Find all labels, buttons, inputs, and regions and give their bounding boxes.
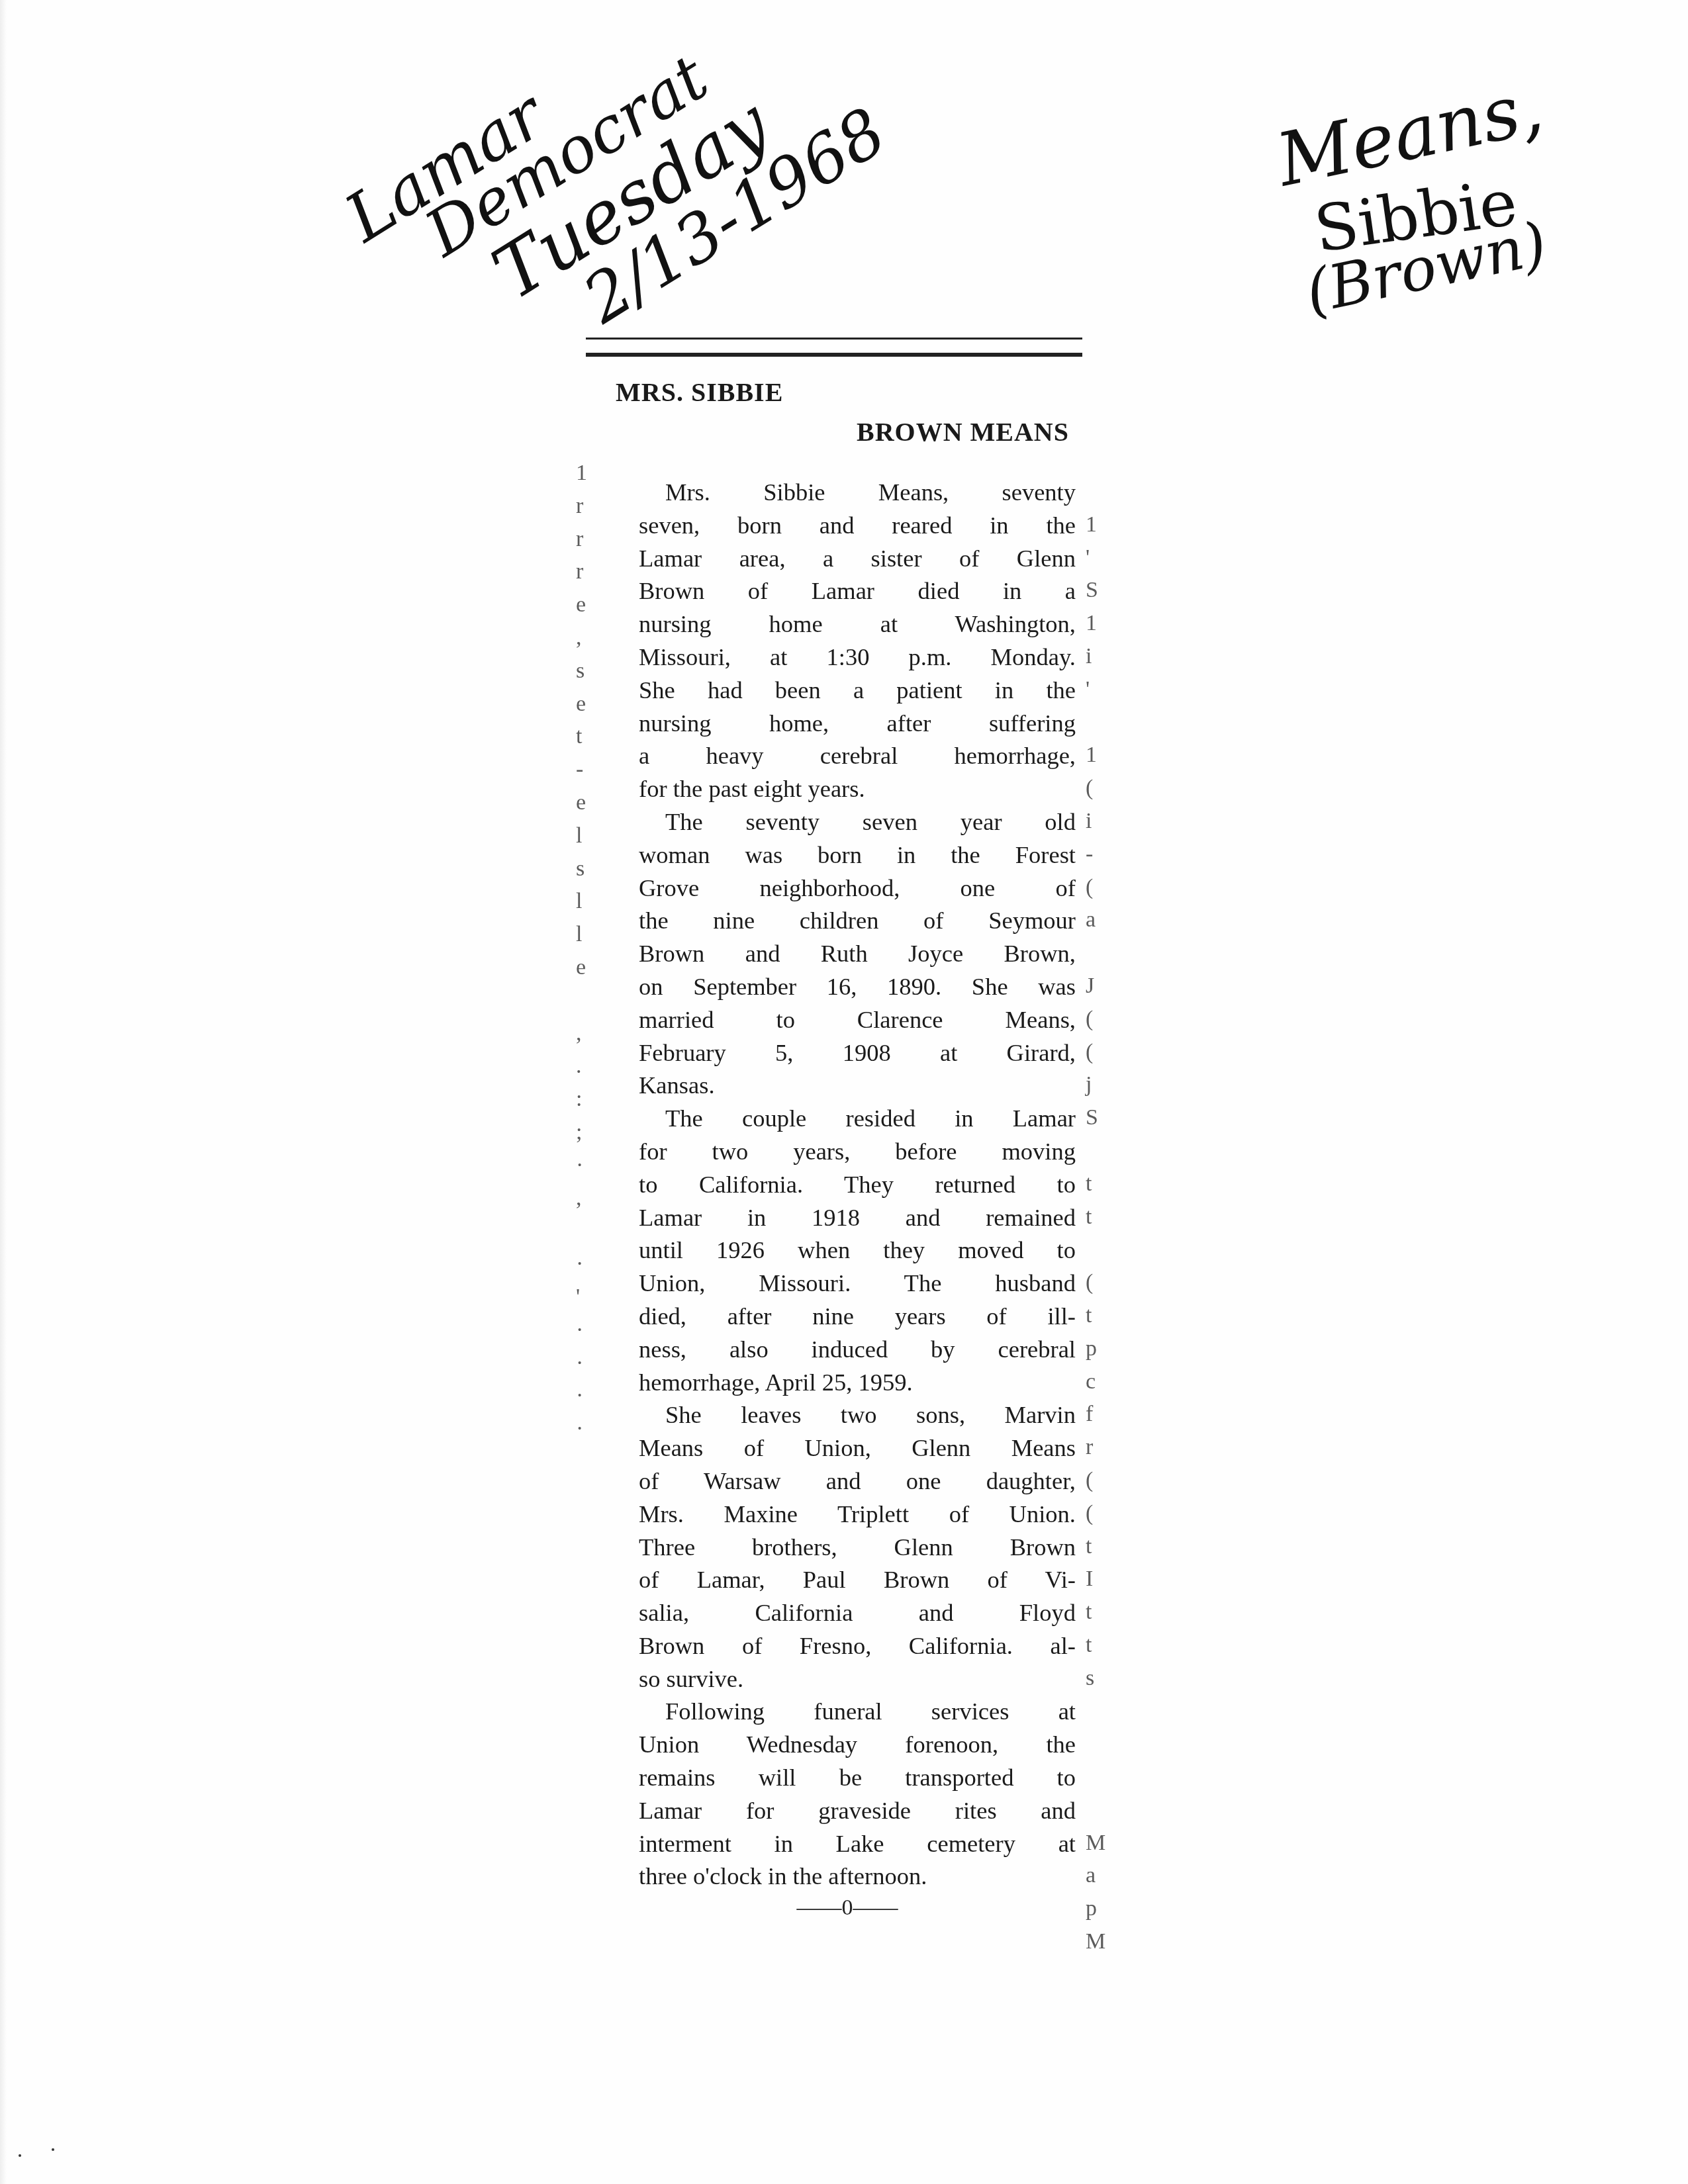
scanned-page: Lamar Democrat Tuesday 2/13-1968 Means, … [0, 0, 1688, 2184]
obituary-body: Mrs. Sibbie Means, seventyseven, born an… [586, 476, 1082, 1893]
column-fragment-char: f [1086, 1398, 1105, 1431]
column-fragment-char: t [1086, 1530, 1105, 1563]
column-fragment-char: ( [1086, 1266, 1105, 1299]
article-paragraph: Mrs. Sibbie Means, seventyseven, born an… [612, 476, 1076, 805]
column-fragment-char: i [1086, 640, 1105, 673]
column-fragment-char: ( [1086, 1464, 1105, 1497]
article-line: on September 16, 1890. She was [612, 970, 1076, 1003]
column-fragment-char: ( [1086, 1497, 1105, 1530]
article-line: ness, also induced by cerebral [612, 1333, 1076, 1366]
column-fragment-char [1086, 1233, 1105, 1266]
column-fragment-char: S [1086, 1101, 1105, 1134]
article-line: Following funeral services at [612, 1695, 1076, 1728]
column-fragment-char: I [1086, 1563, 1105, 1596]
column-top-rule [586, 338, 1082, 357]
scan-speck [19, 2154, 21, 2157]
column-fragment-char [1086, 936, 1105, 970]
article-line: She had been a patient in the [612, 674, 1076, 707]
article-line: nursing home, after suffering [612, 707, 1076, 740]
column-fragment-char: s [1086, 1662, 1105, 1695]
article-line: Brown of Fresno, California. al- [612, 1629, 1076, 1662]
article-line: Grove neighborhood, one of [612, 872, 1076, 905]
article-line: of Lamar, Paul Brown of Vi- [612, 1563, 1076, 1596]
article-line: Means of Union, Glenn Means [612, 1432, 1076, 1465]
article-paragraph: Following funeral services atUnion Wedne… [612, 1695, 1076, 1893]
article-line: died, after nine years of ill- [612, 1300, 1076, 1333]
article-line: Brown and Ruth Joyce Brown, [612, 937, 1076, 970]
article-line: for the past eight years. [612, 772, 1076, 805]
column-fragment-char: a [1086, 1859, 1105, 1892]
article-line: married to Clarence Means, [612, 1003, 1076, 1036]
column-fragment-char: j [1086, 1068, 1105, 1101]
column-fragment-char: ( [1086, 1036, 1105, 1069]
column-fragment-char [1086, 1727, 1105, 1760]
headline-line-1: MRS. SIBBIE [586, 377, 1082, 408]
article-line: the nine children of Seymour [612, 904, 1076, 937]
article-line: remains will be transported to [612, 1761, 1076, 1794]
column-fragment-char: a [1086, 903, 1105, 936]
column-fragment-char [1086, 1760, 1105, 1794]
column-fragment-char: i [1086, 805, 1105, 838]
article-line: Lamar for graveside rites and [612, 1794, 1076, 1827]
article-line: until 1926 when they moved to [612, 1234, 1076, 1267]
column-fragment-char: p [1086, 1332, 1105, 1365]
column-fragment-char [1086, 475, 1105, 508]
article-line: to California. They returned to [612, 1168, 1076, 1201]
column-fragment-char: - [1086, 838, 1105, 871]
column-fragment-char [1086, 706, 1105, 739]
article-line: Missouri, at 1:30 p.m. Monday. [612, 641, 1076, 674]
article-line: of Warsaw and one daughter, [612, 1465, 1076, 1498]
article-line: nursing home at Washington, [612, 608, 1076, 641]
column-fragment-char: M [1086, 1925, 1105, 1958]
article-line: woman was born in the Forest [612, 839, 1076, 872]
article-line: She leaves two sons, Marvin [612, 1398, 1076, 1432]
article-line: hemorrhage, April 25, 1959. [612, 1366, 1076, 1399]
column-fragment-char: t [1086, 1629, 1105, 1662]
article-paragraph: The seventy seven year oldwoman was born… [612, 805, 1076, 1102]
column-fragment-char: ' [1086, 673, 1105, 706]
article-line: Lamar in 1918 and remained [612, 1201, 1076, 1234]
article-line: interment in Lake cemetery at [612, 1827, 1076, 1860]
column-fragment-char: t [1086, 1299, 1105, 1332]
article-line: Mrs. Maxine Triplett of Union. [612, 1498, 1076, 1531]
column-fragment-char: t [1086, 1596, 1105, 1629]
article-line: salia, California and Floyd [612, 1596, 1076, 1629]
adjacent-column-right-fragments: 1'S1i'1(i-(aJ((jStt(tpcfr((tIttsMapM [1086, 475, 1105, 1958]
column-fragment-char: ( [1086, 871, 1105, 904]
column-fragment-char [1086, 1794, 1105, 1827]
column-fragment-char: c [1086, 1365, 1105, 1398]
article-line: Brown of Lamar died in a [612, 574, 1076, 608]
column-fragment-char [1086, 1694, 1105, 1727]
article-paragraph: The couple resided in Lamarfor two years… [612, 1102, 1076, 1398]
column-fragment-char: r [1086, 1431, 1105, 1464]
article-line: so survive. [612, 1662, 1076, 1696]
obituary-headline: MRS. SIBBIE BROWN MEANS [586, 377, 1082, 448]
headline-line-2: BROWN MEANS [586, 416, 1082, 448]
column-fragment-char: t [1086, 1167, 1105, 1201]
article-line: The couple resided in Lamar [612, 1102, 1076, 1135]
column-fragment-char: M [1086, 1827, 1105, 1860]
scan-edge-shadow [0, 0, 7, 2184]
article-line: Union Wednesday forenoon, the [612, 1728, 1076, 1761]
column-fragment-char: p [1086, 1892, 1105, 1925]
article-line: Three brothers, Glenn Brown [612, 1531, 1076, 1564]
article-line: a heavy cerebral hemorrhage, [612, 739, 1076, 772]
column-fragment-char: 1 [1086, 508, 1105, 541]
article-line: three o'clock in the afternoon. [612, 1860, 1076, 1893]
scan-speck [52, 2148, 54, 2151]
column-fragment-char: J [1086, 970, 1105, 1003]
column-fragment-char: ( [1086, 1003, 1105, 1036]
article-line: February 5, 1908 at Girard, [612, 1036, 1076, 1069]
column-fragment-char: t [1086, 1201, 1105, 1234]
article-line: seven, born and reared in the [612, 509, 1076, 542]
article-paragraph: She leaves two sons, MarvinMeans of Unio… [612, 1398, 1076, 1695]
column-fragment-char: 1 [1086, 607, 1105, 640]
column-fragment-char: S [1086, 574, 1105, 607]
article-line: for two years, before moving [612, 1135, 1076, 1168]
article-line: The seventy seven year old [612, 805, 1076, 839]
column-fragment-char [1086, 1134, 1105, 1167]
column-fragment-char: ( [1086, 772, 1105, 805]
obituary-clipping: MRS. SIBBIE BROWN MEANS Mrs. Sibbie Mean… [586, 338, 1082, 1921]
end-of-article-mark: ——0—— [586, 1895, 1082, 1921]
article-line: Union, Missouri. The husband [612, 1267, 1076, 1300]
column-fragment-char: 1 [1086, 739, 1105, 772]
article-line: Kansas. [612, 1069, 1076, 1102]
article-line: Mrs. Sibbie Means, seventy [612, 476, 1076, 509]
column-fragment-char: ' [1086, 541, 1105, 574]
article-line: Lamar area, a sister of Glenn [612, 542, 1076, 575]
